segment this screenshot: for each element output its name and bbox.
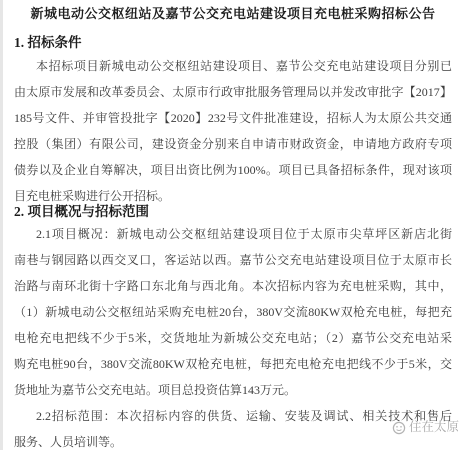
watermark-logo-icon <box>392 421 406 435</box>
body-line: 185号文件、并审管投批字【2020】232号文件批准建设，招标人为太原公共交通 <box>14 105 452 131</box>
page-left-edge <box>0 0 3 450</box>
section-2-paragraph-overview: 2.1项目概况：新城电动公交枢纽站建设项目位于太原市尖草坪区新店北街 南巷与钢园… <box>14 221 452 403</box>
section-2-heading: 2. 项目概况与招标范围 <box>14 204 452 220</box>
body-line: 本招标项目新城电动公交枢纽站建设项目、嘉节公交充电站建设项目分别已 <box>14 53 452 79</box>
document-title: 新城电动公交枢纽站及嘉节公交充电站建设项目充电桩采购招标公告 <box>14 6 452 22</box>
body-line: 2.2招标范围：本次招标内容的供货、运输、安装及调试、相关技术和售后 <box>14 403 452 429</box>
section-1-heading: 1. 招标条件 <box>14 35 452 51</box>
body-line: 由太原市发展和改革委员会、太原市行政审批服务管理局以并发改审批字【2017】 <box>14 79 452 105</box>
body-line: 货地址为嘉节公交充电站。项目总投资估算143万元。 <box>14 377 452 403</box>
watermark-label: 住在太原 <box>409 420 459 435</box>
body-line: （1）新城电动公交枢纽站采购充电桩20台，380V交流80KW双枪充电桩，每把充 <box>14 299 452 325</box>
announcement-page: 新城电动公交枢纽站及嘉节公交充电站建设项目充电桩采购招标公告 1. 招标条件 本… <box>0 0 465 450</box>
body-line: 南巷与钢园路以西交叉口，客运站以西。嘉节公交充电站建设项目位于太原市长 <box>14 247 452 273</box>
body-line: 债券以及企业自筹解决，项目出资比例为100%。项目已具备招标条件，现对该项 <box>14 157 452 183</box>
body-line: 购充电桩90台，380V交流80KW双枪充电桩，每把充电枪充电把线不少于5米，交 <box>14 351 452 377</box>
body-line: 服务、人员培训等。 <box>14 429 452 450</box>
body-line: 电枪充电把线不少于5米，交货地址为新城公交充电站；（2）嘉节公交充电站采 <box>14 325 452 351</box>
body-line: 2.1项目概况：新城电动公交枢纽站建设项目位于太原市尖草坪区新店北街 <box>14 221 452 247</box>
body-line: 控股（集团）有限公司，建设资金分别来自申请市财政资金，申请地方政府专项 <box>14 131 452 157</box>
section-2-paragraph-scope: 2.2招标范围：本次招标内容的供货、运输、安装及调试、相关技术和售后 服务、人员… <box>14 403 452 450</box>
watermark: 住在太原 <box>392 420 459 435</box>
body-line: 治路与南环北街十字路口东北角与西北角。本次招标内容为充电桩采购，其中， <box>14 273 452 299</box>
section-1-paragraph: 本招标项目新城电动公交枢纽站建设项目、嘉节公交充电站建设项目分别已 由太原市发展… <box>14 53 452 209</box>
